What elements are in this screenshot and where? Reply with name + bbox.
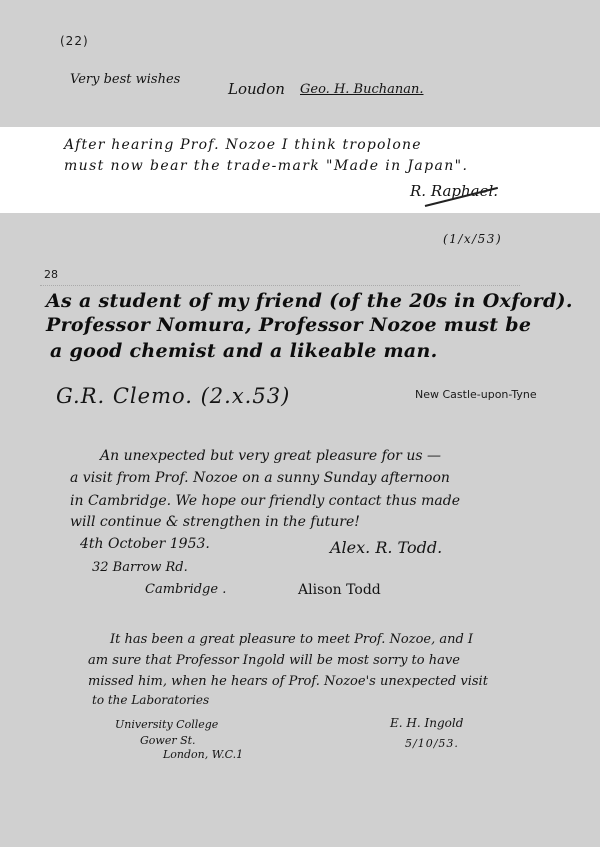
ingold-date: 5/10/53.	[405, 737, 459, 750]
todd-line-1: An unexpected but very great pleasure fo…	[100, 448, 441, 464]
todd-line-3: in Cambridge. We hope our friendly conta…	[70, 493, 460, 509]
raphael-line-1: After hearing Prof. Nozoe I think tropol…	[64, 137, 422, 153]
signature-ingold: E. H. Ingold	[390, 716, 463, 730]
ingold-line-4: to the Laboratories	[92, 693, 209, 707]
todd-date: 4th October 1953.	[80, 536, 210, 552]
ingold-line-2: am sure that Professor Ingold will be mo…	[88, 653, 460, 668]
todd-line-2: a visit from Prof. Nozoe on a sunny Sund…	[70, 470, 450, 486]
ingold-address-line-1: University College	[115, 718, 218, 731]
ingold-line-1: It has been a great pleasure to meet Pro…	[110, 632, 473, 647]
clemo-line-1: As a student of my friend (of the 20s in…	[46, 290, 573, 312]
signature-alison-todd: Alison Todd	[298, 582, 381, 598]
entry-22-message: Very best wishes	[70, 72, 180, 87]
page-number-28: 28	[44, 268, 58, 281]
signature-loudon: Loudon	[228, 80, 285, 98]
page-number-22: (22)	[60, 34, 89, 48]
clemo-line-3: a good chemist and a likeable man.	[50, 340, 438, 362]
dotted-rule	[40, 285, 520, 286]
todd-address-line-2: Cambridge .	[145, 582, 226, 597]
raphael-date: (1/x/53)	[443, 232, 502, 246]
todd-address-line-1: 32 Barrow Rd.	[92, 560, 188, 575]
signature-buchanan: Geo. H. Buchanan.	[300, 82, 424, 97]
clemo-line-2: Professor Nomura, Professor Nozoe must b…	[46, 314, 531, 336]
raphael-line-2: must now bear the trade-mark "Made in Ja…	[64, 158, 468, 174]
clemo-place: New Castle-upon-Tyne	[415, 388, 537, 401]
ingold-line-3: missed him, when he hears of Prof. Nozoe…	[88, 674, 488, 689]
ingold-address-line-2: Gower St.	[140, 734, 196, 747]
signature-todd: Alex. R. Todd.	[330, 538, 442, 557]
todd-line-4: will continue & strengthen in the future…	[70, 514, 360, 530]
signature-clemo: G.R. Clemo. (2.x.53)	[56, 384, 290, 408]
ingold-address-line-3: London, W.C.1	[163, 748, 243, 761]
